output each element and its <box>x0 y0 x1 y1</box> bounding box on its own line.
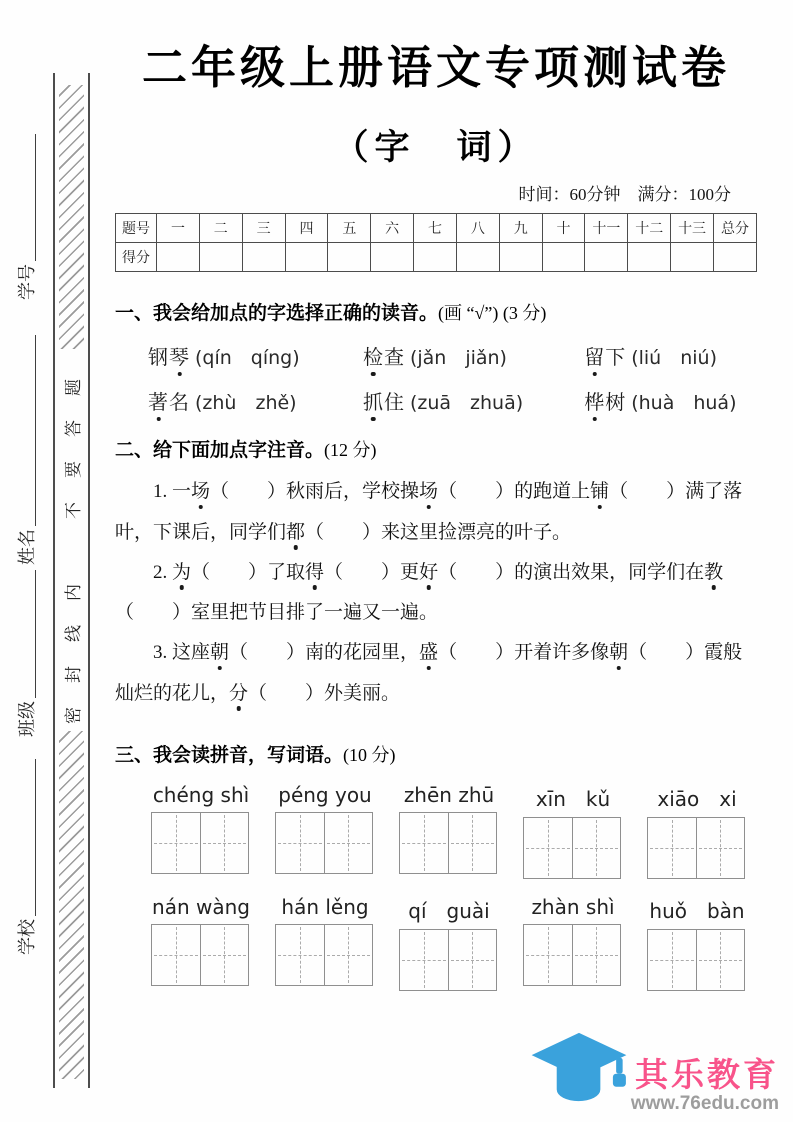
score-table-score-row: 得分 <box>116 243 757 272</box>
pinyin-word-block: nán wàng <box>151 895 251 991</box>
score-cell <box>242 243 285 272</box>
section-2-sentences: 1. 一场（ ）秋雨后，学校操场（ ）的跑道上铺（ ）满了落叶，下课后，同学们都… <box>115 472 757 714</box>
pinyin-grid-row: nán wàng hán lěng qí guài zhàn shì huǒ b… <box>115 895 757 991</box>
pinyin-grid-row: chéng shì péng you zhēn zhū xīn kǔ xiāo … <box>115 783 757 879</box>
paper-body: 二年级上册语文专项测试卷 （字 词） 时间：60分钟 满分：100分 题号 一 … <box>115 0 757 991</box>
writing-grid <box>523 817 621 879</box>
score-cell <box>371 243 414 272</box>
question-number-cell: 十一 <box>585 214 628 243</box>
grid-cell <box>524 925 572 985</box>
test-paper-page: { "page": { "title": "二年级上册语文专项测试卷", "su… <box>0 0 793 1122</box>
writing-grid <box>151 924 249 986</box>
writing-grid <box>275 924 373 986</box>
paper-title: 二年级上册语文专项测试卷 <box>115 40 757 96</box>
pinyin-label: nán wàng <box>151 895 251 919</box>
pinyin-word-block: chéng shì <box>151 783 251 879</box>
pinyin-label: chéng shì <box>151 783 251 807</box>
word-pinyin: (jǎn jiǎn) <box>410 347 507 369</box>
emphasis-dot-char: 桦 <box>584 392 605 414</box>
grid-cell <box>152 813 200 873</box>
field-student-id: 学号 <box>14 134 40 300</box>
sentence-paragraph: 2. 为（ ）了取得（ ）更好（ ）的演出效果，同学们在教（ ）室里把节目排了一… <box>115 553 757 634</box>
emphasis-dot-char: 得 <box>305 562 324 583</box>
word-item: 钢琴 (qín qíng) <box>148 341 363 370</box>
question-number-cell: 五 <box>328 214 371 243</box>
word-pinyin: (qín qíng) <box>195 347 300 369</box>
writing-grid <box>647 817 745 879</box>
emphasis-dot-char: 朝 <box>609 642 628 663</box>
section-3-points: (10 分) <box>343 745 396 765</box>
word-item: 抓住 (zuā zhuā) <box>363 386 584 415</box>
question-number-cell: 八 <box>456 214 499 243</box>
sentence-paragraph: 3. 这座朝（ ）南的花园里，盛（ ）开着许多像朝（ ）霞般灿烂的花儿，分（ ）… <box>115 633 757 714</box>
emphasis-dot-char: 都 <box>286 522 305 543</box>
word-text: 检查 <box>363 347 405 369</box>
word-text: 桦树 <box>584 392 626 414</box>
pinyin-word-block: zhàn shì <box>523 895 623 991</box>
score-cell <box>199 243 242 272</box>
emphasis-dot-char: 琴 <box>169 347 190 369</box>
score-cell <box>328 243 371 272</box>
brand-text-block: 其乐教育 www.76edu.com <box>631 1057 779 1116</box>
pinyin-word-block: xiāo xi <box>647 783 747 879</box>
pinyin-label: zhàn shì <box>523 895 623 919</box>
paper-subtitle: （字 词） <box>115 120 757 170</box>
seal-hatch-top <box>59 85 84 349</box>
blank-line <box>35 570 36 698</box>
pinyin-label: hán lěng <box>275 895 375 919</box>
blank-line <box>35 335 36 526</box>
paper-meta: 时间：60分钟 满分：100分 <box>115 180 757 205</box>
question-number-cell: 七 <box>414 214 457 243</box>
emphasis-dot-char: 留 <box>584 347 605 369</box>
writing-grid <box>399 929 497 991</box>
writing-grid <box>151 812 249 874</box>
pinyin-word-block: péng you <box>275 783 375 879</box>
grid-cell <box>572 818 621 878</box>
pinyin-word-block: qí guài <box>399 895 499 991</box>
pinyin-label: huǒ bàn <box>647 895 747 924</box>
score-cell <box>713 243 756 272</box>
word-pinyin: (zuā zhuā) <box>410 392 523 414</box>
score-cell <box>456 243 499 272</box>
writing-grid <box>523 924 621 986</box>
emphasis-dot-char: 好 <box>419 562 438 583</box>
score-cell <box>499 243 542 272</box>
section-1-points: (画 “√”) (3 分) <box>438 303 546 323</box>
score-cell <box>671 243 714 272</box>
emphasis-dot-char: 抓 <box>363 392 384 414</box>
field-school-label: 学校 <box>14 919 40 955</box>
section-1-heading: 一、我会给加点的字选择正确的读音。(画 “√”) (3 分) <box>115 298 757 325</box>
section-2-points: (12 分) <box>324 440 377 460</box>
pinyin-word-block: zhēn zhū <box>399 783 499 879</box>
seal-line-text: 密封线内 不要答题 <box>57 352 85 727</box>
grid-cell <box>524 818 572 878</box>
word-text: 留下 <box>584 347 626 369</box>
word-item: 桦树 (huà huá) <box>584 386 757 415</box>
score-table-corner: 题号 <box>116 214 157 243</box>
emphasis-dot-char: 教 <box>704 562 723 583</box>
field-class-label: 班级 <box>14 701 40 737</box>
pinyin-label: qí guài <box>399 895 499 924</box>
word-item: 著名 (zhù zhě) <box>148 386 363 415</box>
emphasis-dot-char: 著 <box>148 392 169 414</box>
word-pinyin: (zhù zhě) <box>195 392 297 414</box>
grid-cell <box>696 818 745 878</box>
sentence-paragraph: 1. 一场（ ）秋雨后，学校操场（ ）的跑道上铺（ ）满了落叶，下课后，同学们都… <box>115 472 757 553</box>
score-cell <box>542 243 585 272</box>
score-cell <box>157 243 200 272</box>
word-item: 留下 (liú niú) <box>584 341 757 370</box>
score-row-header: 得分 <box>116 243 157 272</box>
question-number-cell: 四 <box>285 214 328 243</box>
question-number-cell: 一 <box>157 214 200 243</box>
grid-cell <box>200 925 249 985</box>
brand-logo: 其乐教育 www.76edu.com <box>527 1029 779 1116</box>
word-pinyin: (liú niú) <box>631 347 717 369</box>
grid-cell <box>200 813 249 873</box>
emphasis-dot-char: 检 <box>363 347 384 369</box>
field-class: 班级 <box>14 570 40 737</box>
field-student-id-label: 学号 <box>14 264 40 300</box>
emphasis-dot-char: 为 <box>172 562 191 583</box>
grid-cell <box>276 813 324 873</box>
grid-cell <box>152 925 200 985</box>
pinyin-label: péng you <box>275 783 375 807</box>
section-2-heading: 二、给下面加点字注音。(12 分) <box>115 435 757 462</box>
field-school: 学校 <box>14 759 40 955</box>
grid-cell <box>324 813 373 873</box>
grid-cell <box>648 930 696 990</box>
score-table-header-row: 题号 一 二 三 四 五 六 七 八 九 十 十一 十二 十三 总分 <box>116 214 757 243</box>
question-number-cell: 二 <box>199 214 242 243</box>
question-number-cell: 三 <box>242 214 285 243</box>
grid-cell <box>324 925 373 985</box>
writing-grid <box>647 929 745 991</box>
question-number-cell: 九 <box>499 214 542 243</box>
field-name: 姓名 <box>14 335 40 565</box>
brand-name: 其乐教育 <box>635 1057 779 1093</box>
word-item: 检查 (jǎn jiǎn) <box>363 341 584 370</box>
emphasis-dot-char: 铺 <box>590 481 609 502</box>
seal-hatch-bottom <box>59 731 84 1079</box>
grid-cell <box>448 930 497 990</box>
writing-grid <box>399 812 497 874</box>
grid-cell <box>400 930 448 990</box>
question-number-cell: 总分 <box>713 214 756 243</box>
word-text: 抓住 <box>363 392 405 414</box>
emphasis-dot-char: 朝 <box>210 642 229 663</box>
score-cell <box>628 243 671 272</box>
score-cell <box>414 243 457 272</box>
question-number-cell: 六 <box>371 214 414 243</box>
emphasis-dot-char: 场 <box>419 481 438 502</box>
question-number-cell: 十 <box>542 214 585 243</box>
score-cell <box>585 243 628 272</box>
section-1-options: 钢琴 (qín qíng) 检查 (jǎn jiǎn) 留下 (liú niú)… <box>115 341 757 415</box>
question-number-cell: 十二 <box>628 214 671 243</box>
pinyin-label: zhēn zhū <box>399 783 499 807</box>
word-pinyin: (huà huá) <box>631 392 736 414</box>
word-text: 钢琴 <box>148 347 190 369</box>
blank-line <box>35 134 36 261</box>
graduation-cap-icon <box>527 1029 631 1116</box>
grid-cell <box>696 930 745 990</box>
emphasis-dot-char: 盛 <box>419 642 438 663</box>
emphasis-dot-char: 场 <box>191 481 210 502</box>
grid-cell <box>400 813 448 873</box>
grid-cell <box>648 818 696 878</box>
section-3-heading: 三、我会读拼音，写词语。(10 分) <box>115 740 757 767</box>
blank-line <box>35 759 36 916</box>
score-table: 题号 一 二 三 四 五 六 七 八 九 十 十一 十二 十三 总分 得分 <box>115 213 757 272</box>
grid-cell <box>276 925 324 985</box>
pinyin-label: xīn kǔ <box>523 783 623 812</box>
pinyin-word-block: hán lěng <box>275 895 375 991</box>
grid-cell <box>572 925 621 985</box>
field-name-label: 姓名 <box>14 529 40 565</box>
emphasis-dot-char: 分 <box>229 683 248 704</box>
brand-url: www.76edu.com <box>631 1093 779 1116</box>
score-cell <box>285 243 328 272</box>
writing-grid <box>275 812 373 874</box>
question-number-cell: 十三 <box>671 214 714 243</box>
pinyin-word-block: huǒ bàn <box>647 895 747 991</box>
pinyin-label: xiāo xi <box>647 783 747 812</box>
grid-cell <box>448 813 497 873</box>
pinyin-word-block: xīn kǔ <box>523 783 623 879</box>
word-text: 著名 <box>148 392 190 414</box>
